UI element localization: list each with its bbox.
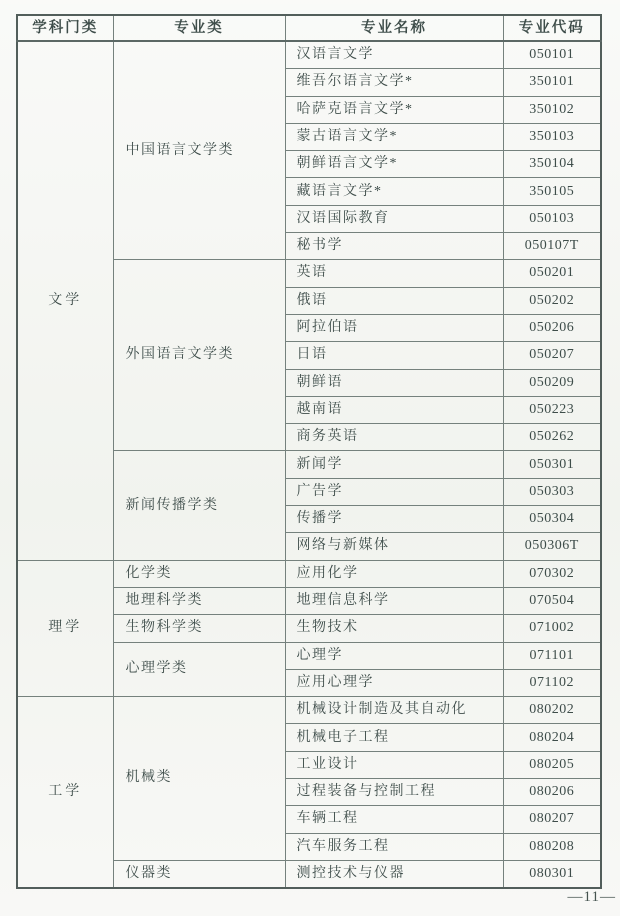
- major-name-cell: 广告学: [285, 478, 503, 505]
- major-code-cell: 350103: [503, 123, 601, 150]
- discipline-cell: 工学: [17, 697, 113, 889]
- category-cell: 仪器类: [113, 860, 285, 888]
- major-name-cell: 朝鲜语言文学*: [285, 151, 503, 178]
- major-code-cell: 080206: [503, 779, 601, 806]
- category-cell: 化学类: [113, 560, 285, 587]
- header-major-code: 专业代码: [503, 15, 601, 41]
- major-code-cell: 071102: [503, 669, 601, 696]
- discipline-cell: 文学: [17, 41, 113, 560]
- category-cell: 中国语言文学类: [113, 41, 285, 260]
- major-code-cell: 050103: [503, 205, 601, 232]
- major-code-cell: 050101: [503, 41, 601, 69]
- major-name-cell: 网络与新媒体: [285, 533, 503, 560]
- major-name-cell: 地理信息科学: [285, 587, 503, 614]
- major-code-cell: 080205: [503, 751, 601, 778]
- major-name-cell: 汽车服务工程: [285, 833, 503, 860]
- major-name-cell: 过程装备与控制工程: [285, 779, 503, 806]
- category-cell: 机械类: [113, 697, 285, 861]
- major-code-cell: 050201: [503, 260, 601, 287]
- major-name-cell: 越南语: [285, 396, 503, 423]
- major-code-cell: 080202: [503, 697, 601, 724]
- major-code-cell: 050304: [503, 506, 601, 533]
- major-name-cell: 测控技术与仪器: [285, 860, 503, 888]
- major-name-cell: 蒙古语言文学*: [285, 123, 503, 150]
- table-row: 文学中国语言文学类汉语言文学050101: [17, 41, 601, 69]
- major-name-cell: 阿拉伯语: [285, 314, 503, 341]
- major-code-cell: 350105: [503, 178, 601, 205]
- major-code-cell: 050223: [503, 396, 601, 423]
- major-code-cell: 080301: [503, 860, 601, 888]
- category-cell: 地理科学类: [113, 587, 285, 614]
- major-code-cell: 050202: [503, 287, 601, 314]
- major-name-cell: 心理学: [285, 642, 503, 669]
- major-name-cell: 应用心理学: [285, 669, 503, 696]
- major-name-cell: 汉语国际教育: [285, 205, 503, 232]
- header-major-category: 专业类: [113, 15, 285, 41]
- major-name-cell: 传播学: [285, 506, 503, 533]
- majors-table: 学科门类 专业类 专业名称 专业代码 文学中国语言文学类汉语言文学050101维…: [16, 14, 602, 889]
- major-name-cell: 应用化学: [285, 560, 503, 587]
- major-name-cell: 英语: [285, 260, 503, 287]
- header-major-name: 专业名称: [285, 15, 503, 41]
- major-code-cell: 050206: [503, 314, 601, 341]
- category-cell: 外国语言文学类: [113, 260, 285, 451]
- major-code-cell: 080207: [503, 806, 601, 833]
- category-cell: 生物科学类: [113, 615, 285, 642]
- major-name-cell: 工业设计: [285, 751, 503, 778]
- major-name-cell: 哈萨克语言文学*: [285, 96, 503, 123]
- table-row: 工学机械类机械设计制造及其自动化080202: [17, 697, 601, 724]
- major-code-cell: 350104: [503, 151, 601, 178]
- major-name-cell: 商务英语: [285, 424, 503, 451]
- major-name-cell: 机械电子工程: [285, 724, 503, 751]
- majors-table-header: 学科门类 专业类 专业名称 专业代码: [17, 15, 601, 41]
- major-name-cell: 汉语言文学: [285, 41, 503, 69]
- major-name-cell: 日语: [285, 342, 503, 369]
- table-row: 理学化学类应用化学070302: [17, 560, 601, 587]
- major-code-cell: 350101: [503, 69, 601, 96]
- major-code-cell: 070504: [503, 587, 601, 614]
- major-code-cell: 080204: [503, 724, 601, 751]
- major-code-cell: 070302: [503, 560, 601, 587]
- majors-table-body: 文学中国语言文学类汉语言文学050101维吾尔语言文学*350101哈萨克语言文…: [17, 41, 601, 888]
- major-name-cell: 俄语: [285, 287, 503, 314]
- major-code-cell: 050301: [503, 451, 601, 478]
- header-discipline-category: 学科门类: [17, 15, 113, 41]
- major-code-cell: 050306T: [503, 533, 601, 560]
- major-code-cell: 050207: [503, 342, 601, 369]
- category-cell: 心理学类: [113, 642, 285, 697]
- major-code-cell: 080208: [503, 833, 601, 860]
- major-name-cell: 维吾尔语言文学*: [285, 69, 503, 96]
- category-cell: 新闻传播学类: [113, 451, 285, 560]
- major-code-cell: 050303: [503, 478, 601, 505]
- major-name-cell: 藏语言文学*: [285, 178, 503, 205]
- discipline-cell: 理学: [17, 560, 113, 696]
- major-name-cell: 车辆工程: [285, 806, 503, 833]
- major-code-cell: 050209: [503, 369, 601, 396]
- major-name-cell: 新闻学: [285, 451, 503, 478]
- major-code-cell: 050107T: [503, 233, 601, 260]
- major-code-cell: 350102: [503, 96, 601, 123]
- major-name-cell: 秘书学: [285, 233, 503, 260]
- major-name-cell: 生物技术: [285, 615, 503, 642]
- header-row: 学科门类 专业类 专业名称 专业代码: [17, 15, 601, 41]
- page-number: —11—: [568, 889, 616, 906]
- major-name-cell: 机械设计制造及其自动化: [285, 697, 503, 724]
- major-code-cell: 071101: [503, 642, 601, 669]
- major-name-cell: 朝鲜语: [285, 369, 503, 396]
- major-code-cell: 071002: [503, 615, 601, 642]
- major-code-cell: 050262: [503, 424, 601, 451]
